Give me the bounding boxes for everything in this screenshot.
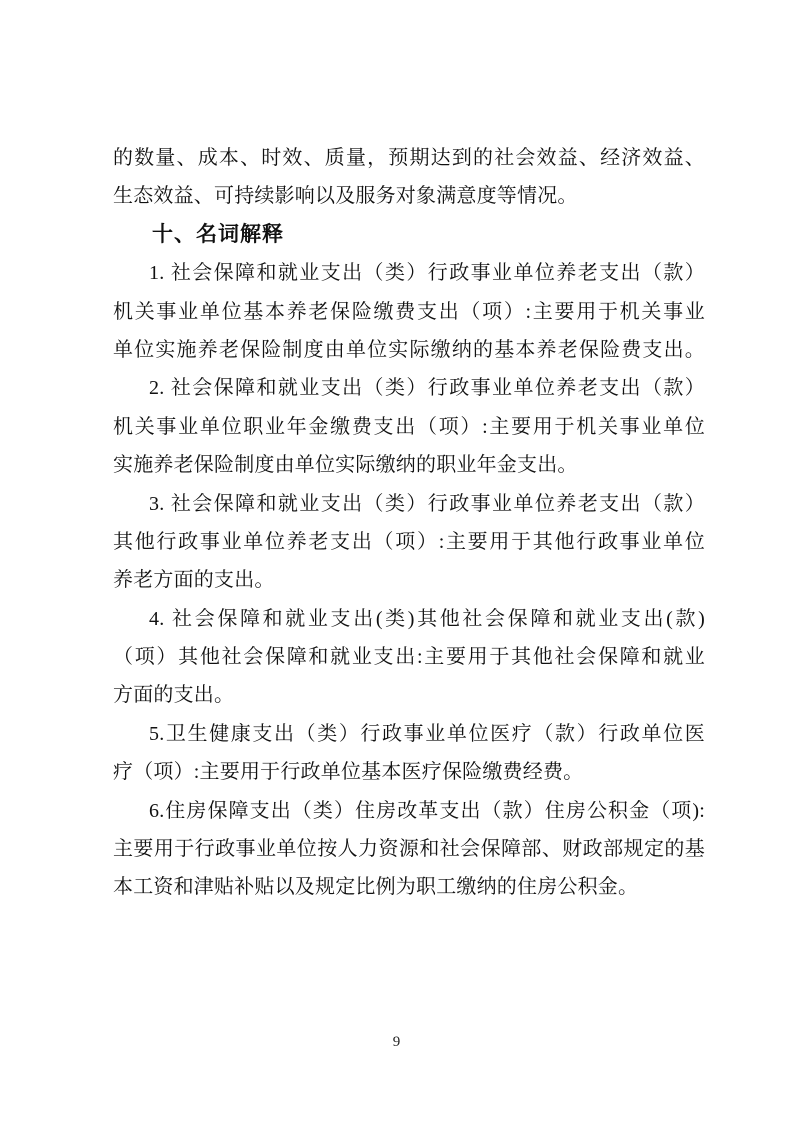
page-number: 9 [0, 1034, 793, 1051]
definition-6-line-3: 本工资和津贴补贴以及规定比例为职工缴纳的住房公积金。 [113, 868, 705, 906]
definition-3-line-1: 3. 社会保障和就业支出（类）行政事业单位养老支出（款） [113, 485, 705, 523]
definition-2-line-2: 机关事业单位职业年金缴费支出（项）:主要用于机关事业单位 [113, 408, 705, 446]
definition-6-line-2: 主要用于行政事业单位按人力资源和社会保障部、财政部规定的基 [113, 830, 705, 868]
definition-2-line-1: 2. 社会保障和就业支出（类）行政事业单位养老支出（款） [113, 369, 705, 407]
definition-4-line-2: （项）其他社会保障和就业支出:主要用于其他社会保障和就业 [113, 638, 705, 676]
intro-paragraph-line-2: 生态效益、可持续影响以及服务对象满意度等情况。 [113, 177, 705, 215]
definition-5-line-2: 疗（项）:主要用于行政单位基本医疗保险缴费经费。 [113, 753, 705, 791]
definition-1-line-2: 机关事业单位基本养老保险缴费支出（项）:主要用于机关事业 [113, 293, 705, 331]
definition-1-line-3: 单位实施养老保险制度由单位实际缴纳的基本养老保险费支出。 [113, 331, 705, 369]
definition-4-line-3: 方面的支出。 [113, 676, 705, 714]
definition-4-line-1: 4. 社会保障和就业支出(类)其他社会保障和就业支出(款) [113, 600, 705, 638]
document-body: 的数量、成本、时效、质量，预期达到的社会效益、经济效益、 生态效益、可持续影响以… [113, 139, 705, 907]
definition-2-line-3: 实施养老保险制度由单位实际缴纳的职业年金支出。 [113, 446, 705, 484]
definition-3-line-3: 养老方面的支出。 [113, 561, 705, 599]
definition-5-line-1: 5.卫生健康支出（类）行政事业单位医疗（款）行政单位医 [113, 715, 705, 753]
intro-paragraph-line-1: 的数量、成本、时效、质量，预期达到的社会效益、经济效益、 [113, 139, 705, 177]
definition-3-line-2: 其他行政事业单位养老支出（项）:主要用于其他行政事业单位 [113, 523, 705, 561]
definition-1-line-1: 1. 社会保障和就业支出（类）行政事业单位养老支出（款） [113, 254, 705, 292]
document-page: 的数量、成本、时效、质量，预期达到的社会效益、经济效益、 生态效益、可持续影响以… [0, 0, 793, 1122]
section-heading: 十、名词解释 [113, 216, 705, 254]
definition-6-line-1: 6.住房保障支出（类）住房改革支出（款）住房公积金（项): [113, 792, 705, 830]
